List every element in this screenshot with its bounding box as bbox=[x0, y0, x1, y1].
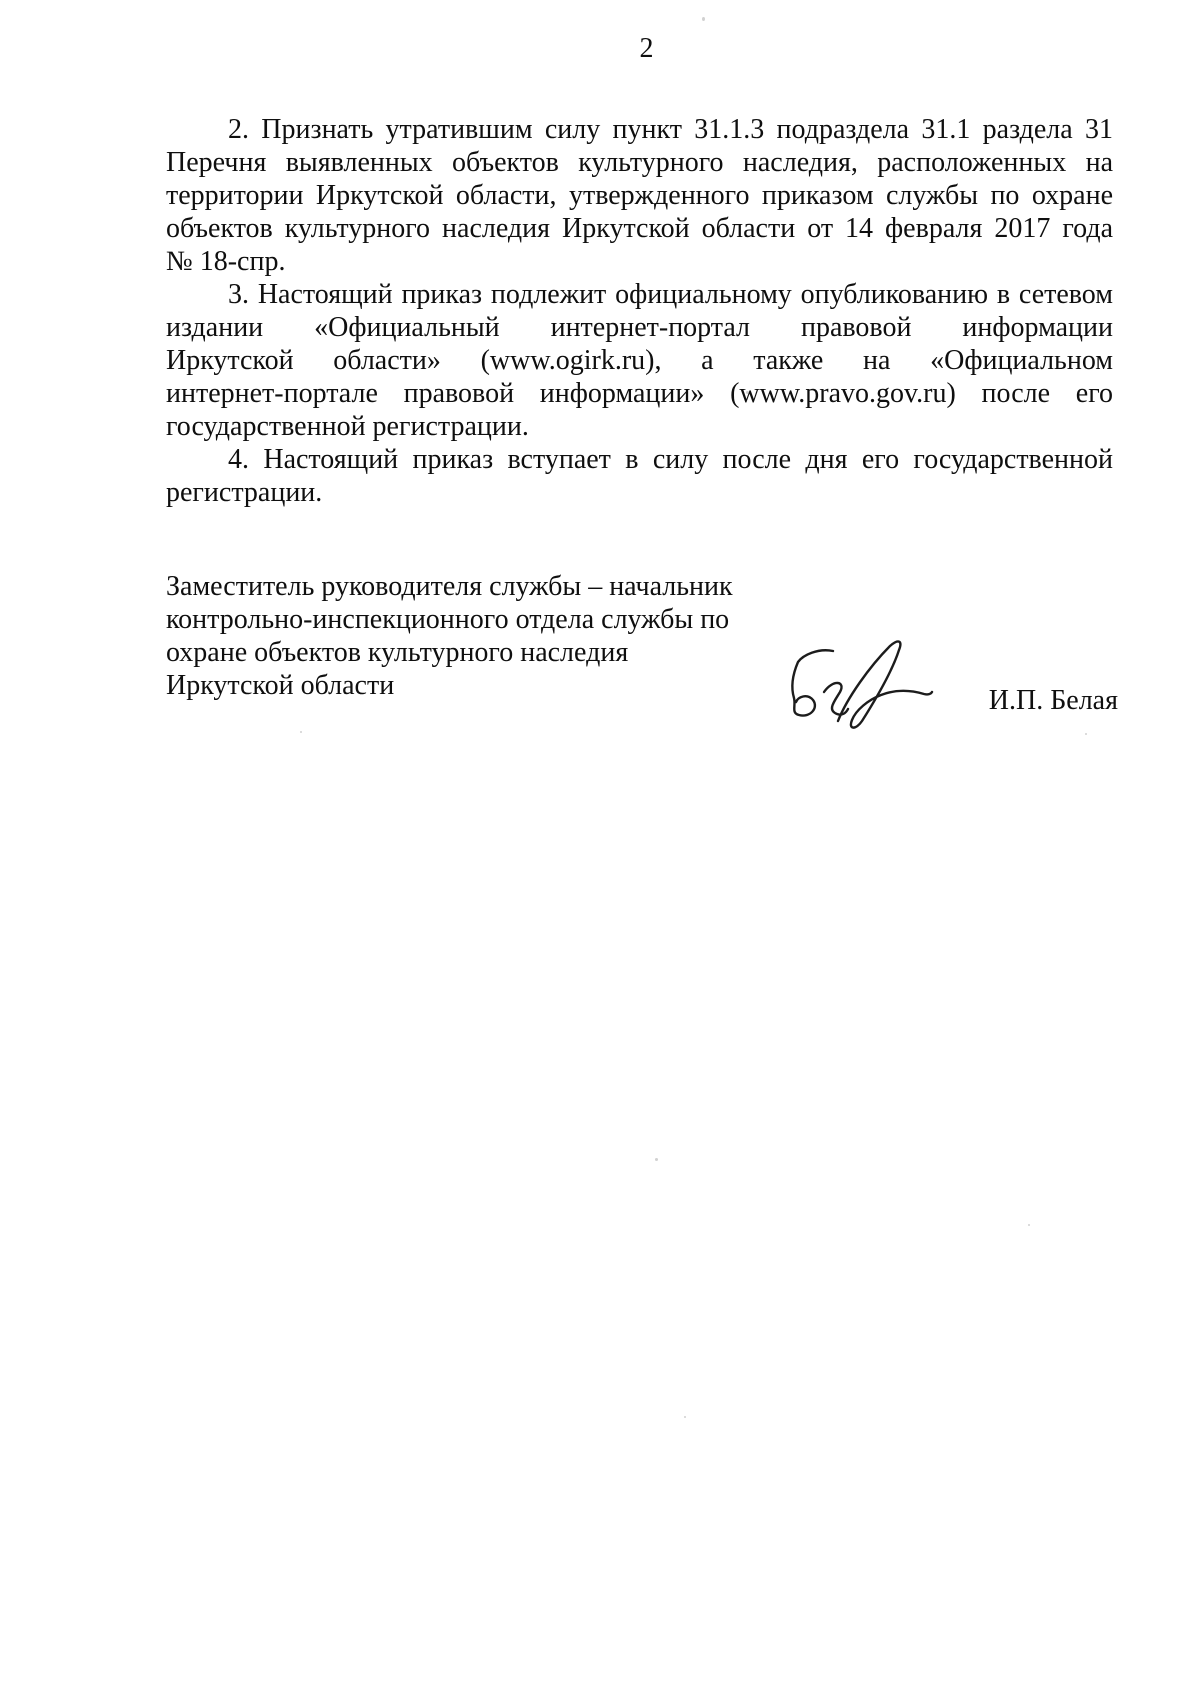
page-number: 2 bbox=[166, 32, 1113, 65]
text-line: № 18-спр. bbox=[166, 245, 1113, 278]
scan-speck bbox=[702, 17, 705, 21]
scan-speck bbox=[684, 1416, 686, 1418]
signatory-title: Заместитель руководителя службы – началь… bbox=[166, 570, 806, 702]
text-line: государственной регистрации. bbox=[166, 410, 1113, 443]
signatory-title-line: охране объектов культурного наследия bbox=[166, 636, 806, 669]
handwritten-signature-icon bbox=[786, 636, 938, 730]
scan-speck bbox=[1085, 733, 1087, 735]
paragraph-3: 3. Настоящий приказ подлежит официальном… bbox=[166, 278, 1113, 443]
text-line: объектов культурного наследия Иркутской … bbox=[166, 212, 1113, 245]
text-line: 2. Признать утратившим силу пункт 31.1.3… bbox=[166, 113, 1113, 146]
text-line: территории Иркутской области, утвержденн… bbox=[166, 179, 1113, 212]
signer-name: И.П. Белая bbox=[989, 684, 1118, 717]
paragraph-4: 4. Настоящий приказ вступает в силу посл… bbox=[166, 443, 1113, 509]
scan-speck bbox=[655, 1158, 658, 1161]
text-line: 3. Настоящий приказ подлежит официальном… bbox=[166, 278, 1113, 311]
text-line: интернет-портале правовой информации» (w… bbox=[166, 377, 1113, 410]
signatory-title-line: контрольно-инспекционного отдела службы … bbox=[166, 603, 806, 636]
text-line: Перечня выявленных объектов культурного … bbox=[166, 146, 1113, 179]
document-page: 2 2. Признать утратившим силу пункт 31.1… bbox=[0, 0, 1200, 1697]
scan-speck bbox=[300, 731, 302, 733]
signatory-title-line: Иркутской области bbox=[166, 669, 806, 702]
document-body: 2. Признать утратившим силу пункт 31.1.3… bbox=[166, 113, 1113, 509]
text-line: издании «Официальный интернет-портал пра… bbox=[166, 311, 1113, 344]
paragraph-2: 2. Признать утратившим силу пункт 31.1.3… bbox=[166, 113, 1113, 278]
text-line: 4. Настоящий приказ вступает в силу посл… bbox=[166, 443, 1113, 476]
signatory-title-line: Заместитель руководителя службы – началь… bbox=[166, 570, 806, 603]
scan-speck bbox=[1028, 1224, 1030, 1226]
scan-speck bbox=[746, 391, 749, 394]
text-line: Иркутской области» (www.ogirk.ru), а так… bbox=[166, 344, 1113, 377]
text-line: регистрации. bbox=[166, 476, 1113, 509]
